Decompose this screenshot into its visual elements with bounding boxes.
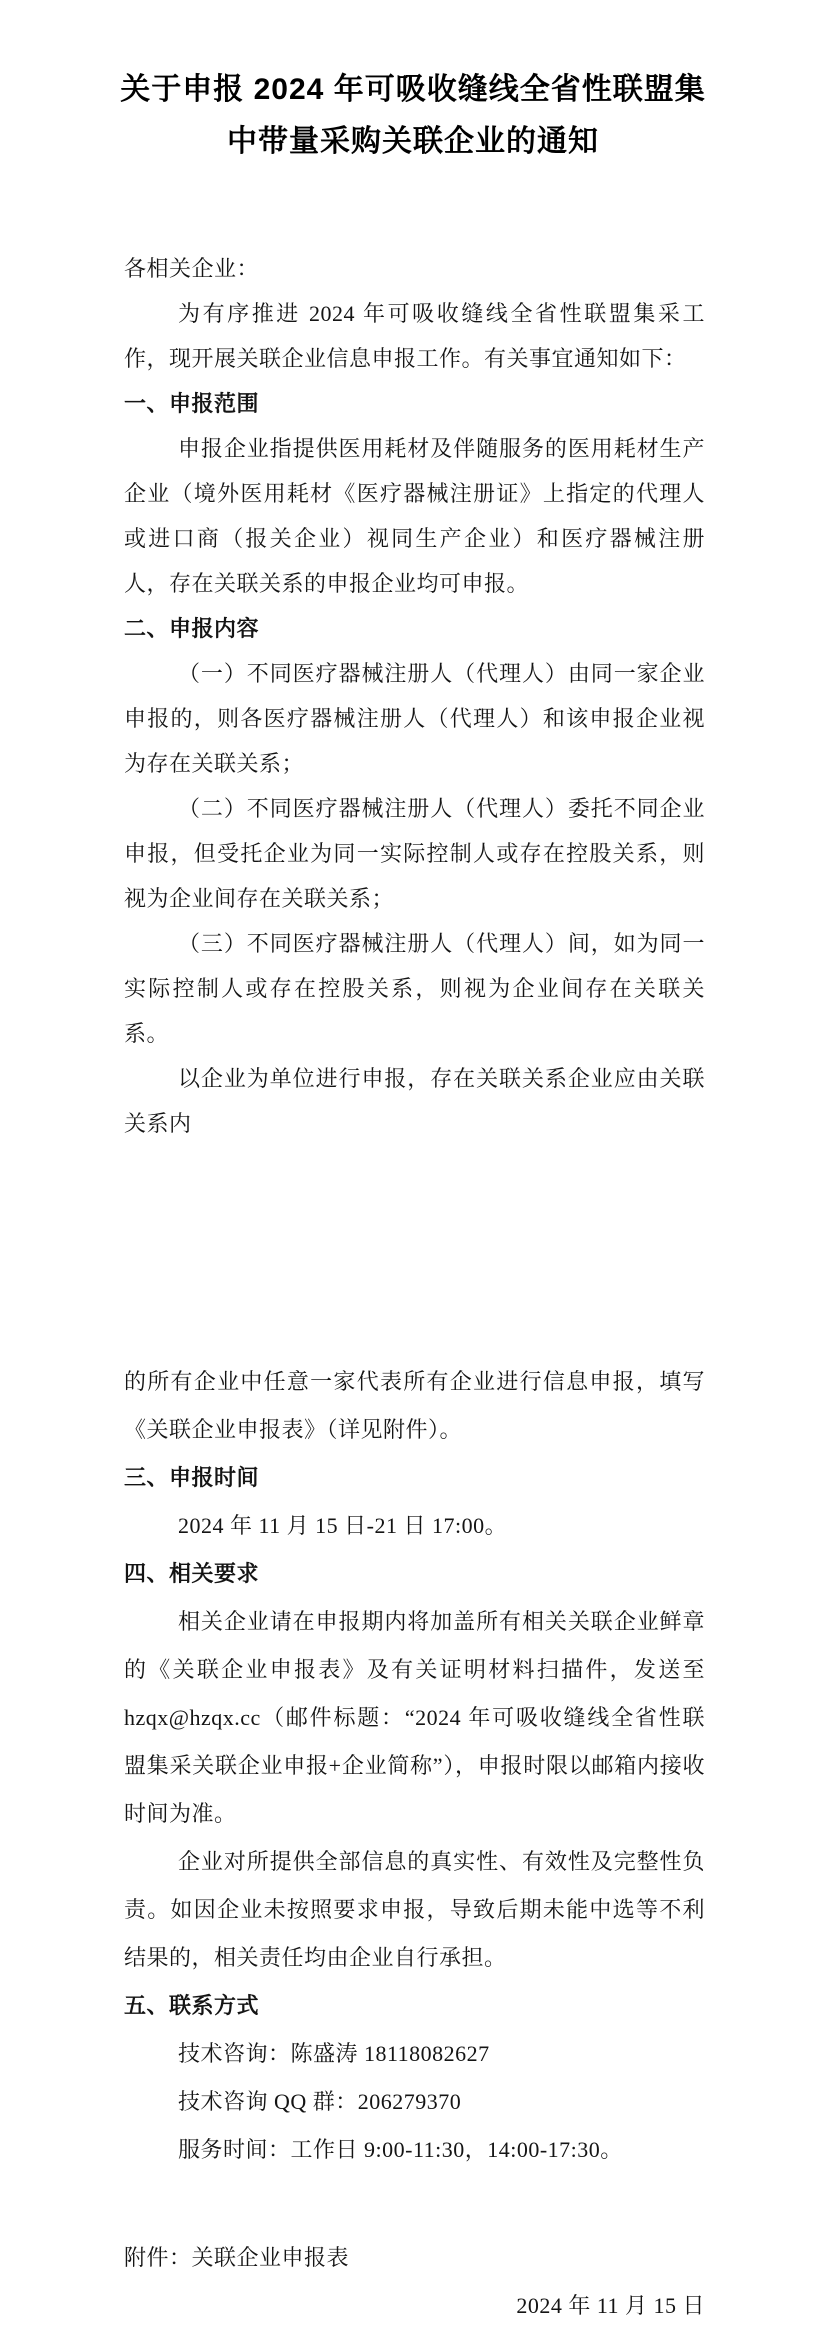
notice-document-page: 关于申报 2024 年可吸收缝线全省性联盟集 中带量采购关联企业的通知 各相关企… <box>0 0 826 2338</box>
section-heading-1: 一、申报范围 <box>124 381 705 426</box>
section-heading-3: 三、申报时间 <box>124 1454 705 1502</box>
section-2-item-1: （一）不同医疗器械注册人（代理人）由同一家企业申报的，则各医疗器械注册人（代理人… <box>124 651 705 786</box>
section-2-item-3: （三）不同医疗器械注册人（代理人）间，如为同一实际控制人或存在控股关系，则视为企… <box>124 921 705 1056</box>
document-body-page-1: 各相关企业： 为有序推进 2024 年可吸收缝线全省性联盟集采工作，现开展关联企… <box>124 246 705 1146</box>
section-4-paragraph-2: 企业对所提供全部信息的真实性、有效性及完整性负责。如因企业未按照要求申报，导致后… <box>124 1838 705 1982</box>
document-title-line-2: 中带量采购关联企业的通知 <box>0 116 826 168</box>
page-break-gap <box>124 1146 705 1358</box>
section-heading-2: 二、申报内容 <box>124 606 705 651</box>
contact-qq-group-line: 技术咨询 QQ 群：206279370 <box>124 2078 705 2126</box>
document-title-line-1: 关于申报 2024 年可吸收缝线全省性联盟集 <box>0 64 826 116</box>
section-3-paragraph: 2024 年 11 月 15 日-21 日 17:00。 <box>124 1502 705 1550</box>
section-2-item-2: （二）不同医疗器械注册人（代理人）委托不同企业申报，但受托企业为同一实际控制人或… <box>124 786 705 921</box>
document-title: 关于申报 2024 年可吸收缝线全省性联盟集 中带量采购关联企业的通知 <box>0 0 826 168</box>
section-4-paragraph-1: 相关企业请在申报期内将加盖所有相关关联企业鲜章的《关联企业申报表》及有关证明材料… <box>124 1598 705 1838</box>
contact-tech-line: 技术咨询：陈盛涛 18118082627 <box>124 2030 705 2078</box>
attachment-line: 附件：关联企业申报表 <box>124 2234 705 2282</box>
section-heading-5: 五、联系方式 <box>124 1982 705 2030</box>
date-line: 2024 年 11 月 15 日 <box>124 2282 705 2330</box>
intro-paragraph: 为有序推进 2024 年可吸收缝线全省性联盟集采工作，现开展关联企业信息申报工作… <box>124 291 705 381</box>
section-2-paragraph-part-2: 的所有企业中任意一家代表所有企业进行信息申报，填写《关联企业申报表》（详见附件）… <box>124 1358 705 1454</box>
section-heading-4: 四、相关要求 <box>124 1550 705 1598</box>
document-body-page-2: 的所有企业中任意一家代表所有企业进行信息申报，填写《关联企业申报表》（详见附件）… <box>124 1358 705 2330</box>
salutation: 各相关企业： <box>124 246 705 291</box>
section-1-paragraph: 申报企业指提供医用耗材及伴随服务的医用耗材生产企业（境外医用耗材《医疗器械注册证… <box>124 426 705 606</box>
service-hours-line: 服务时间：工作日 9:00-11:30，14:00-17:30。 <box>124 2126 705 2174</box>
section-2-paragraph-part-1: 以企业为单位进行申报，存在关联关系企业应由关联关系内 <box>124 1056 705 1146</box>
